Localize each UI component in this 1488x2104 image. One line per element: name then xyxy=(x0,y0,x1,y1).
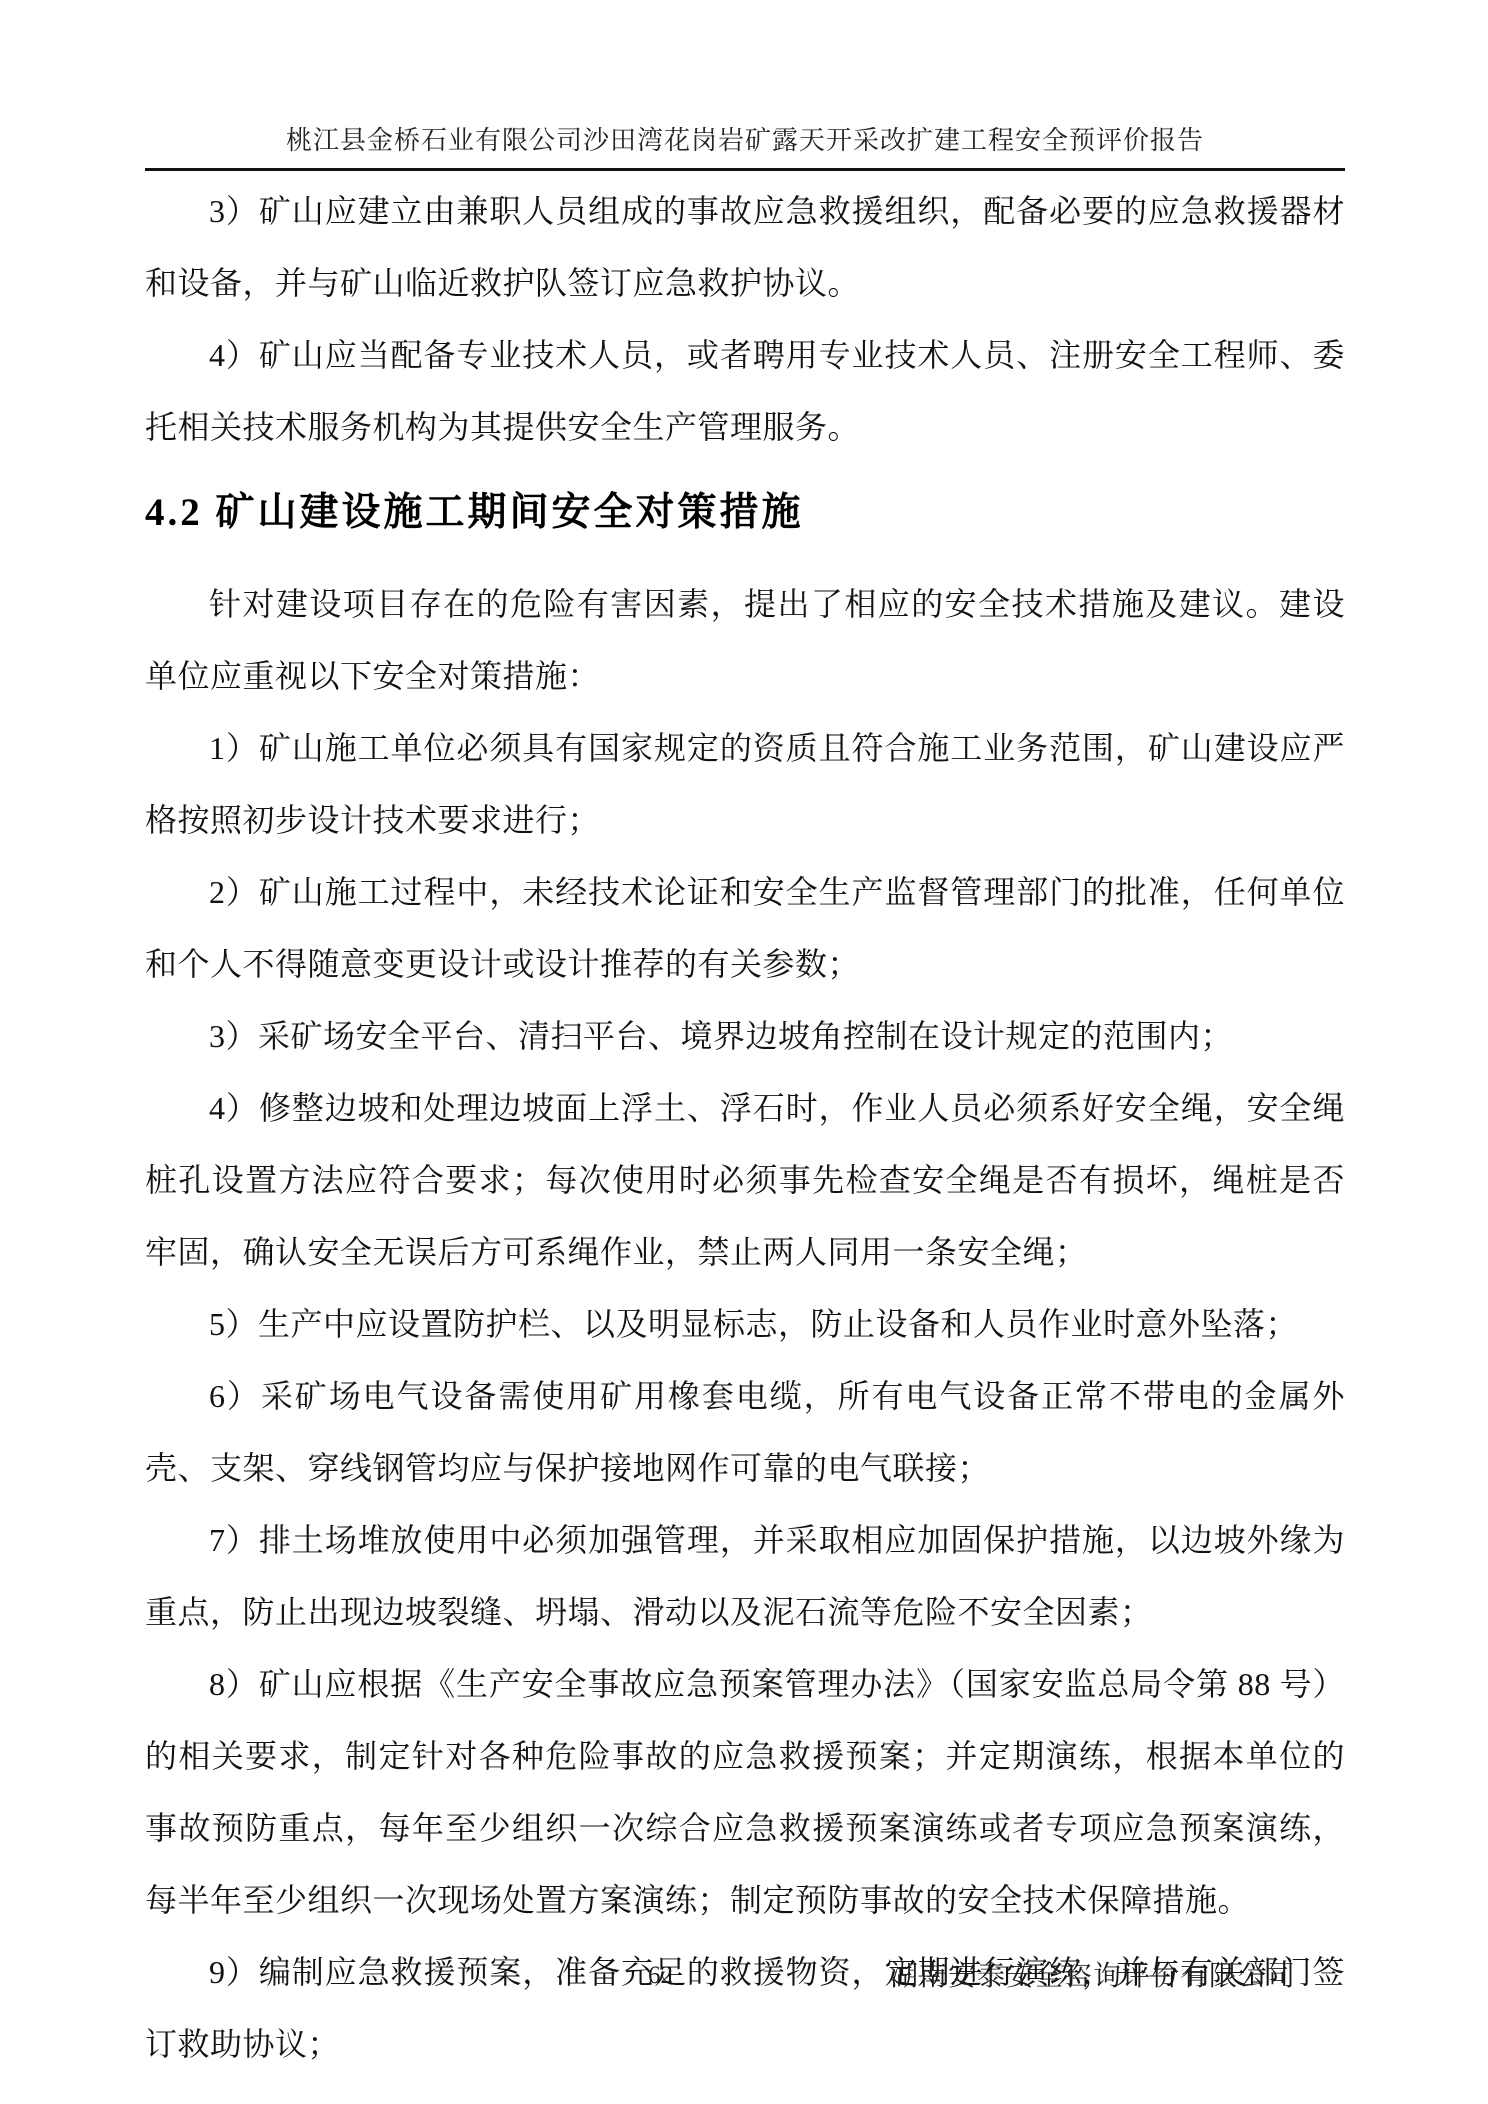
document-page: 桃江县金桥石业有限公司沙田湾花岗岩矿露天开采改扩建工程安全预评价报告 3）矿山应… xyxy=(0,0,1488,2104)
paragraph: 4）矿山应当配备专业技术人员，或者聘用专业技术人员、注册安全工程师、委托相关技术… xyxy=(145,319,1345,463)
paragraph: 3）矿山应建立由兼职人员组成的事故应急救援组织，配备必要的应急救援器材和设备，并… xyxy=(145,175,1345,319)
paragraph: 8）矿山应根据《生产安全事故应急预案管理办法》（国家安监总局令第 88 号）的相… xyxy=(145,1648,1345,1936)
paragraph: 针对建设项目存在的危险有害因素，提出了相应的安全技术措施及建议。建设单位应重视以… xyxy=(145,568,1345,712)
paragraph: 2）矿山施工过程中，未经技术论证和安全生产监督管理部门的批准，任何单位和个人不得… xyxy=(145,856,1345,1000)
section-heading: 4.2 矿山建设施工期间安全对策措施 xyxy=(145,489,1345,538)
paragraph: 6）采矿场电气设备需使用矿用橡套电缆，所有电气设备正常不带电的金属外壳、支架、穿… xyxy=(145,1360,1345,1504)
paragraph: 5）生产中应设置防护栏、以及明显标志，防止设备和人员作业时意外坠落； xyxy=(145,1288,1345,1360)
page-number: 62 xyxy=(648,1962,673,1990)
document-body: 3）矿山应建立由兼职人员组成的事故应急救援组织，配备必要的应急救援器材和设备，并… xyxy=(145,175,1345,2080)
paragraph: 4）修整边坡和处理边坡面上浮土、浮石时，作业人员必须系好安全绳，安全绳桩孔设置方… xyxy=(145,1072,1345,1288)
page-header-title: 桃江县金桥石业有限公司沙田湾花岗岩矿露天开采改扩建工程安全预评价报告 xyxy=(145,0,1345,171)
paragraph: 3）采矿场安全平台、清扫平台、境界边坡角控制在设计规定的范围内； xyxy=(145,1000,1345,1072)
paragraph: 1）矿山施工单位必须具有国家规定的资质且符合施工业务范围，矿山建设应严格按照初步… xyxy=(145,712,1345,856)
paragraph: 7）排土场堆放使用中必须加强管理，并采取相应加固保护措施，以边坡外缘为重点，防止… xyxy=(145,1504,1345,1648)
footer-company-name: 湖南安泰安全咨询评价有限公司 xyxy=(890,1954,1296,1994)
